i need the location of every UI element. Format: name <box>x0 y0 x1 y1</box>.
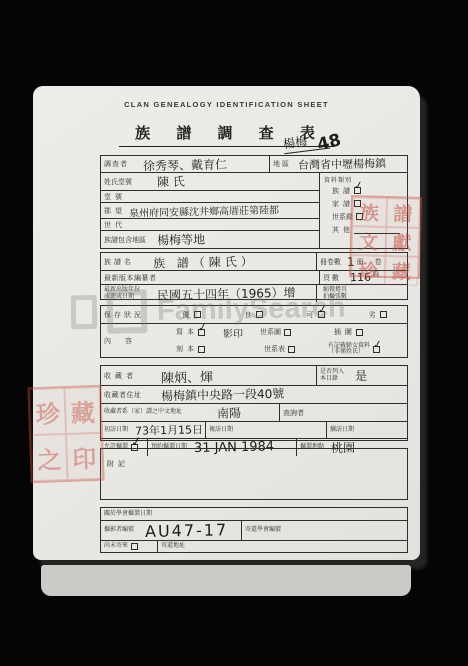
not-yet-sent-checkbox <box>131 543 138 550</box>
inquirer-label: 查詢者 <box>280 408 320 418</box>
generations-label: 世 代 <box>101 220 153 230</box>
category-item-clan-genealogy: 族 譜 ✓ <box>324 184 403 197</box>
lineage-record-checkbox <box>356 213 363 220</box>
second-visit-value <box>236 429 326 431</box>
category-header: 資料類別 <box>324 175 403 184</box>
scanned-document: CLAN GENEALOGY IDENTIFICATION SHEET 族 譜 … <box>0 0 468 666</box>
publish-year-value: 民國五十四年（1965）增 <box>153 283 316 303</box>
holder-clan-label: 收藏者系（家）譜之中文地址 <box>101 409 213 416</box>
lineage-chart-checkbox <box>284 329 291 336</box>
content-woodblock: 刻 本 <box>173 342 205 356</box>
content-lineage-table: 世系表 <box>261 342 295 356</box>
content-label: 內 容 <box>101 336 159 346</box>
holder-address-value: 楊梅鎮中央路一段40號 <box>157 385 285 405</box>
holder-value: 陳炳、煇 <box>157 364 316 386</box>
surveyor-value: 徐秀琴、戴育仁 <box>139 154 269 174</box>
surname-hall-value: 陳 氏 <box>153 173 185 191</box>
volumes-value: 1 <box>343 254 355 268</box>
illustrations-checkbox <box>356 329 363 336</box>
category-item-family-genealogy: 家 譜 <box>324 197 403 210</box>
category-item-lineage-record: 世系錄 <box>324 210 403 223</box>
genealogy-title-value: 族 譜（陳氏） <box>149 251 316 271</box>
notes-value <box>126 456 130 469</box>
notes-table: 附 記 <box>100 448 408 500</box>
region-label: 地 區 <box>270 159 294 169</box>
ancestral-home-label: 郡 望 <box>101 206 125 216</box>
condition-poor-checkbox <box>380 311 387 318</box>
other-blank-line <box>354 226 400 234</box>
familysearch-logo-icon <box>71 295 98 329</box>
english-title: CLAN GENEALOGY IDENTIFICATION SHEET <box>33 100 420 109</box>
volumes-label: 冊卷數 <box>317 257 343 267</box>
family-genealogy-checkbox <box>354 200 361 207</box>
region-value: 台灣省中壢楊梅鎮 <box>294 155 386 173</box>
content-lineage-chart: 世系圖 <box>257 325 291 339</box>
manuscript-checkbox: ✓ <box>198 329 205 336</box>
society-table: 關於學會攝製日期 攝影者編號 AU47-17 寄還學會編號 尚未寄來 寄還地址 <box>100 507 408 553</box>
identification-table: 調查者 徐秀琴、戴育仁 地 區 台灣省中壢楊梅鎮 姓氏堂號 陳 氏 堂 號 <box>100 155 408 249</box>
content-women-records: 有記載婦女資料 （非僅姓氏） ✓ <box>325 342 380 356</box>
condition-poor: 劣 <box>366 306 387 323</box>
coverage-area-value: 楊梅等地 <box>153 230 205 248</box>
ancestral-home-value: 泉州府同安縣沈井鄉高厝莊第陸都 <box>125 201 279 219</box>
woodblock-checkbox <box>198 346 205 353</box>
pages-value: 116 <box>346 271 371 285</box>
society-number-label: 寄還學會編號 <box>242 527 302 534</box>
women-records-checkbox: ✓ <box>373 346 380 353</box>
form-page: CLAN GENEALOGY IDENTIFICATION SHEET 族 譜 … <box>33 86 420 560</box>
condition-good-checkbox <box>256 311 263 318</box>
return-address-label: 寄還地址 <box>158 543 198 550</box>
photographer-number-label: 攝影者編號 <box>101 527 141 534</box>
volumes-suffix: 冊 卷 <box>355 257 384 267</box>
red-seal-stamp-left: 珍 藏 之 印 <box>27 385 104 484</box>
photographer-number-value: AU47-17 <box>141 519 241 540</box>
content-hand-note: 影印 <box>219 324 243 339</box>
followup-visit-label: 續訪日期 <box>327 427 357 434</box>
society-top-label: 關於學會攝製日期 <box>101 511 152 518</box>
compiler-label: 最新版本編纂者 <box>101 273 319 283</box>
not-yet-sent: 尚未寄來 <box>101 541 157 553</box>
coverage-area-label: 族譜包含地區 <box>101 235 153 245</box>
microfilm-label-2: 拍攝張數 <box>320 294 407 301</box>
holder-clan-value: 南陽 <box>213 403 279 421</box>
notes-label: 附 記 <box>104 461 126 468</box>
publish-year-label-2: 成冊或日期 <box>101 294 153 301</box>
genealogy-title-label: 族譜名 <box>101 257 149 267</box>
pages-label: 頁 數 <box>320 273 346 283</box>
holder-label: 收藏者 <box>101 371 157 381</box>
holder-address-label: 收藏者住址 <box>101 390 157 400</box>
page-bottom-edge <box>41 565 411 596</box>
first-visit-value: 73年1月15日 <box>131 421 205 439</box>
condition-content-table: 保存狀況 優 良 可 ✓ 劣 <box>100 305 408 358</box>
condition-fair: 可 ✓ <box>304 306 325 323</box>
pages-suffix: 頁 <box>371 269 380 280</box>
first-visit-label: 初訪日期 <box>101 427 131 434</box>
holder-table: 收藏者 陳炳、煇 是否列入 本目錄 是 收藏者住址 楊梅鎮中央路一段40號 收藏… <box>100 365 408 441</box>
category-item-other: 其 他 <box>324 223 403 236</box>
hall-name-label: 堂 號 <box>101 192 153 202</box>
content-illustrations: 插 圖 <box>331 325 363 339</box>
second-visit-label: 複訪日期 <box>206 427 236 434</box>
condition-label: 保存狀況 <box>101 310 159 320</box>
chinese-title: 族 譜 調 查 表 <box>33 122 420 147</box>
surname-hall-label: 姓氏堂號 <box>101 177 153 187</box>
clan-genealogy-checkbox: ✓ <box>354 187 361 194</box>
condition-excellent-checkbox <box>194 311 201 318</box>
listed-value: 是 <box>351 367 367 384</box>
surveyor-label: 調查者 <box>101 159 139 169</box>
women-records-label-2: （非僅姓氏） <box>325 349 370 356</box>
lineage-table-checkbox <box>288 346 295 353</box>
title-edition-table: 族譜名 族 譜（陳氏） 冊卷數 1 冊 卷 最新版本編纂者 頁 數 116 頁 <box>100 252 408 300</box>
content-manuscript: 寫 本 ✓ <box>173 325 205 339</box>
condition-excellent: 優 <box>180 306 201 323</box>
condition-good: 良 <box>242 306 263 323</box>
listed-label-2: 本目錄 <box>320 376 351 383</box>
condition-fair-checkbox: ✓ <box>318 311 325 318</box>
